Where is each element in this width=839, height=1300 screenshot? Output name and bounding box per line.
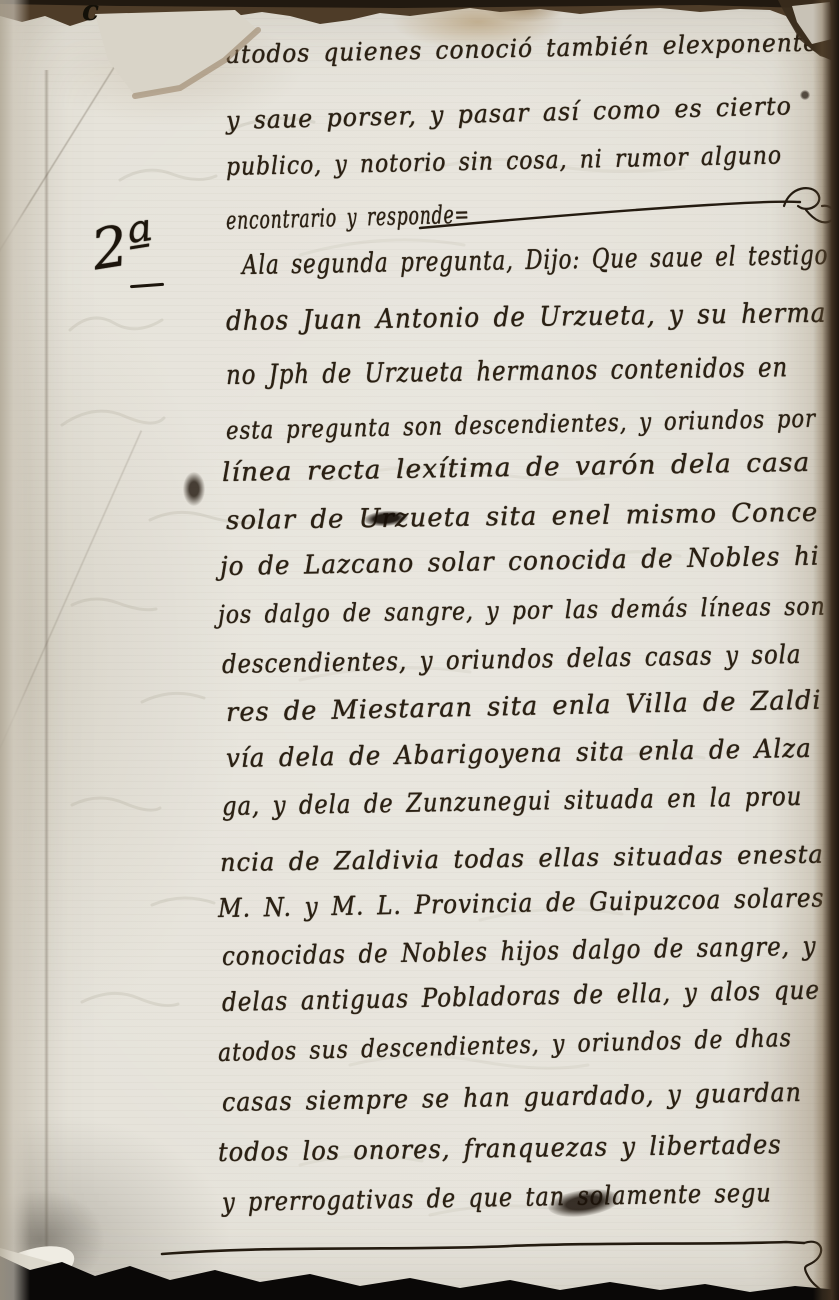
ink-blot [183, 472, 205, 506]
margin-question-number: 2ª [87, 210, 159, 284]
corner-mark: c [82, 0, 99, 27]
fold-crease [44, 70, 49, 1285]
page-edge-right [813, 0, 839, 1300]
torn-edge-top [0, 0, 839, 120]
page-edge-left [0, 0, 30, 1300]
torn-edge-bottom [0, 1232, 839, 1300]
manuscript-page-scan: atodos quienes conoció también elexponen… [0, 0, 839, 1300]
response-rule [408, 182, 838, 262]
